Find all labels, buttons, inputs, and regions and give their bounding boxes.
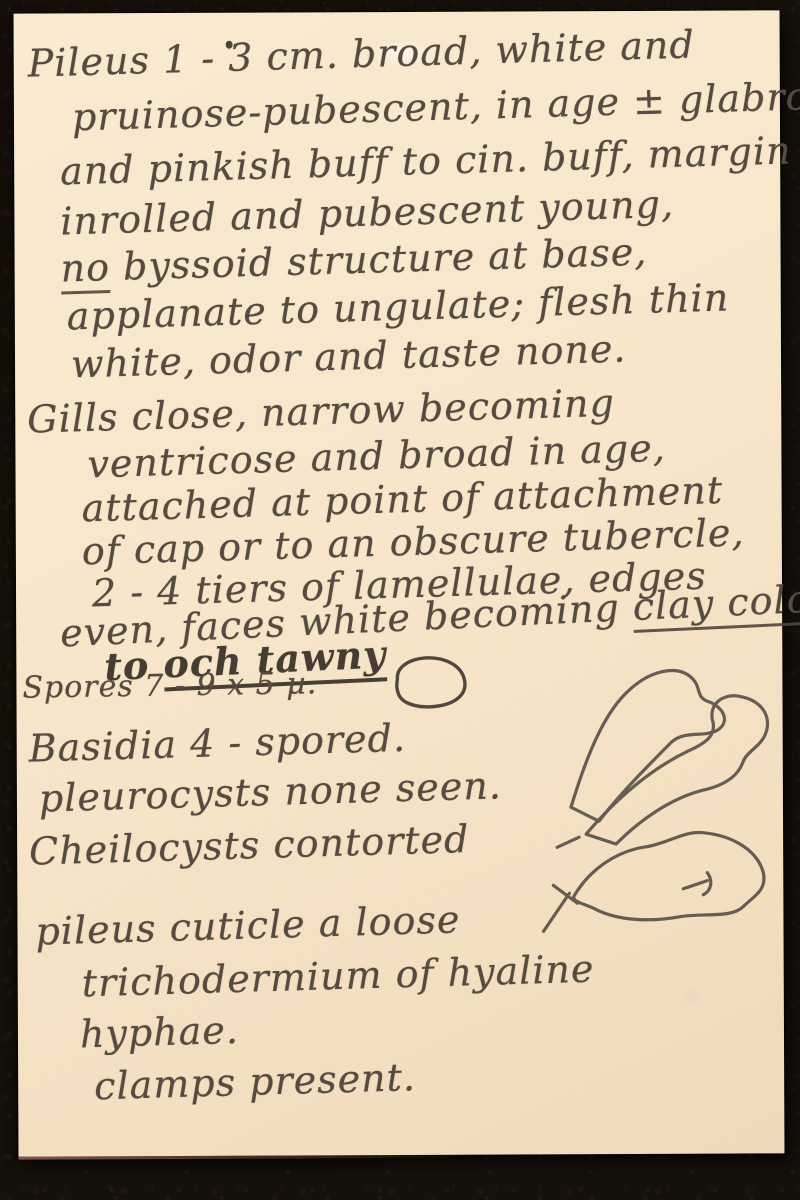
underlined-word: no	[60, 245, 111, 294]
handwritten-line: Cheilocysts contorted	[29, 819, 470, 873]
contorted-cystidia-sketch	[542, 670, 768, 931]
spore-outline-sketch	[397, 658, 465, 707]
handwritten-line: pleurocysts none seen.	[38, 765, 502, 820]
handwritten-line: pruinose-pubescent, in age ± glabrous	[71, 75, 800, 139]
handwritten-line: pileus cuticle a loose	[35, 899, 461, 953]
handwritten-line: clamps present.	[94, 1057, 417, 1108]
underlined-phrase: clay color	[632, 576, 800, 633]
scan-background: { "document": { "type": "handwritten-not…	[0, 0, 800, 1200]
handwritten-line: Basidia 4 - spored.	[28, 718, 406, 771]
pink-smudge	[678, 986, 704, 1006]
handwritten-line: trichodermium of hyaline	[81, 949, 595, 1006]
handwritten-line: and pinkish buff to cin. buff, margin	[60, 130, 792, 193]
handwritten-line: white, odor and taste none.	[70, 328, 627, 386]
handwritten-line: Pileus 1 - 3 cm. broad, white and	[27, 24, 695, 85]
handwritten-line: Spores 7 - 9 x 5 µ.	[22, 667, 317, 704]
handwritten-line: hyphae.	[79, 1010, 239, 1056]
note-card: Pileus 1 - 3 cm. broad, white and pruino…	[14, 10, 785, 1156]
